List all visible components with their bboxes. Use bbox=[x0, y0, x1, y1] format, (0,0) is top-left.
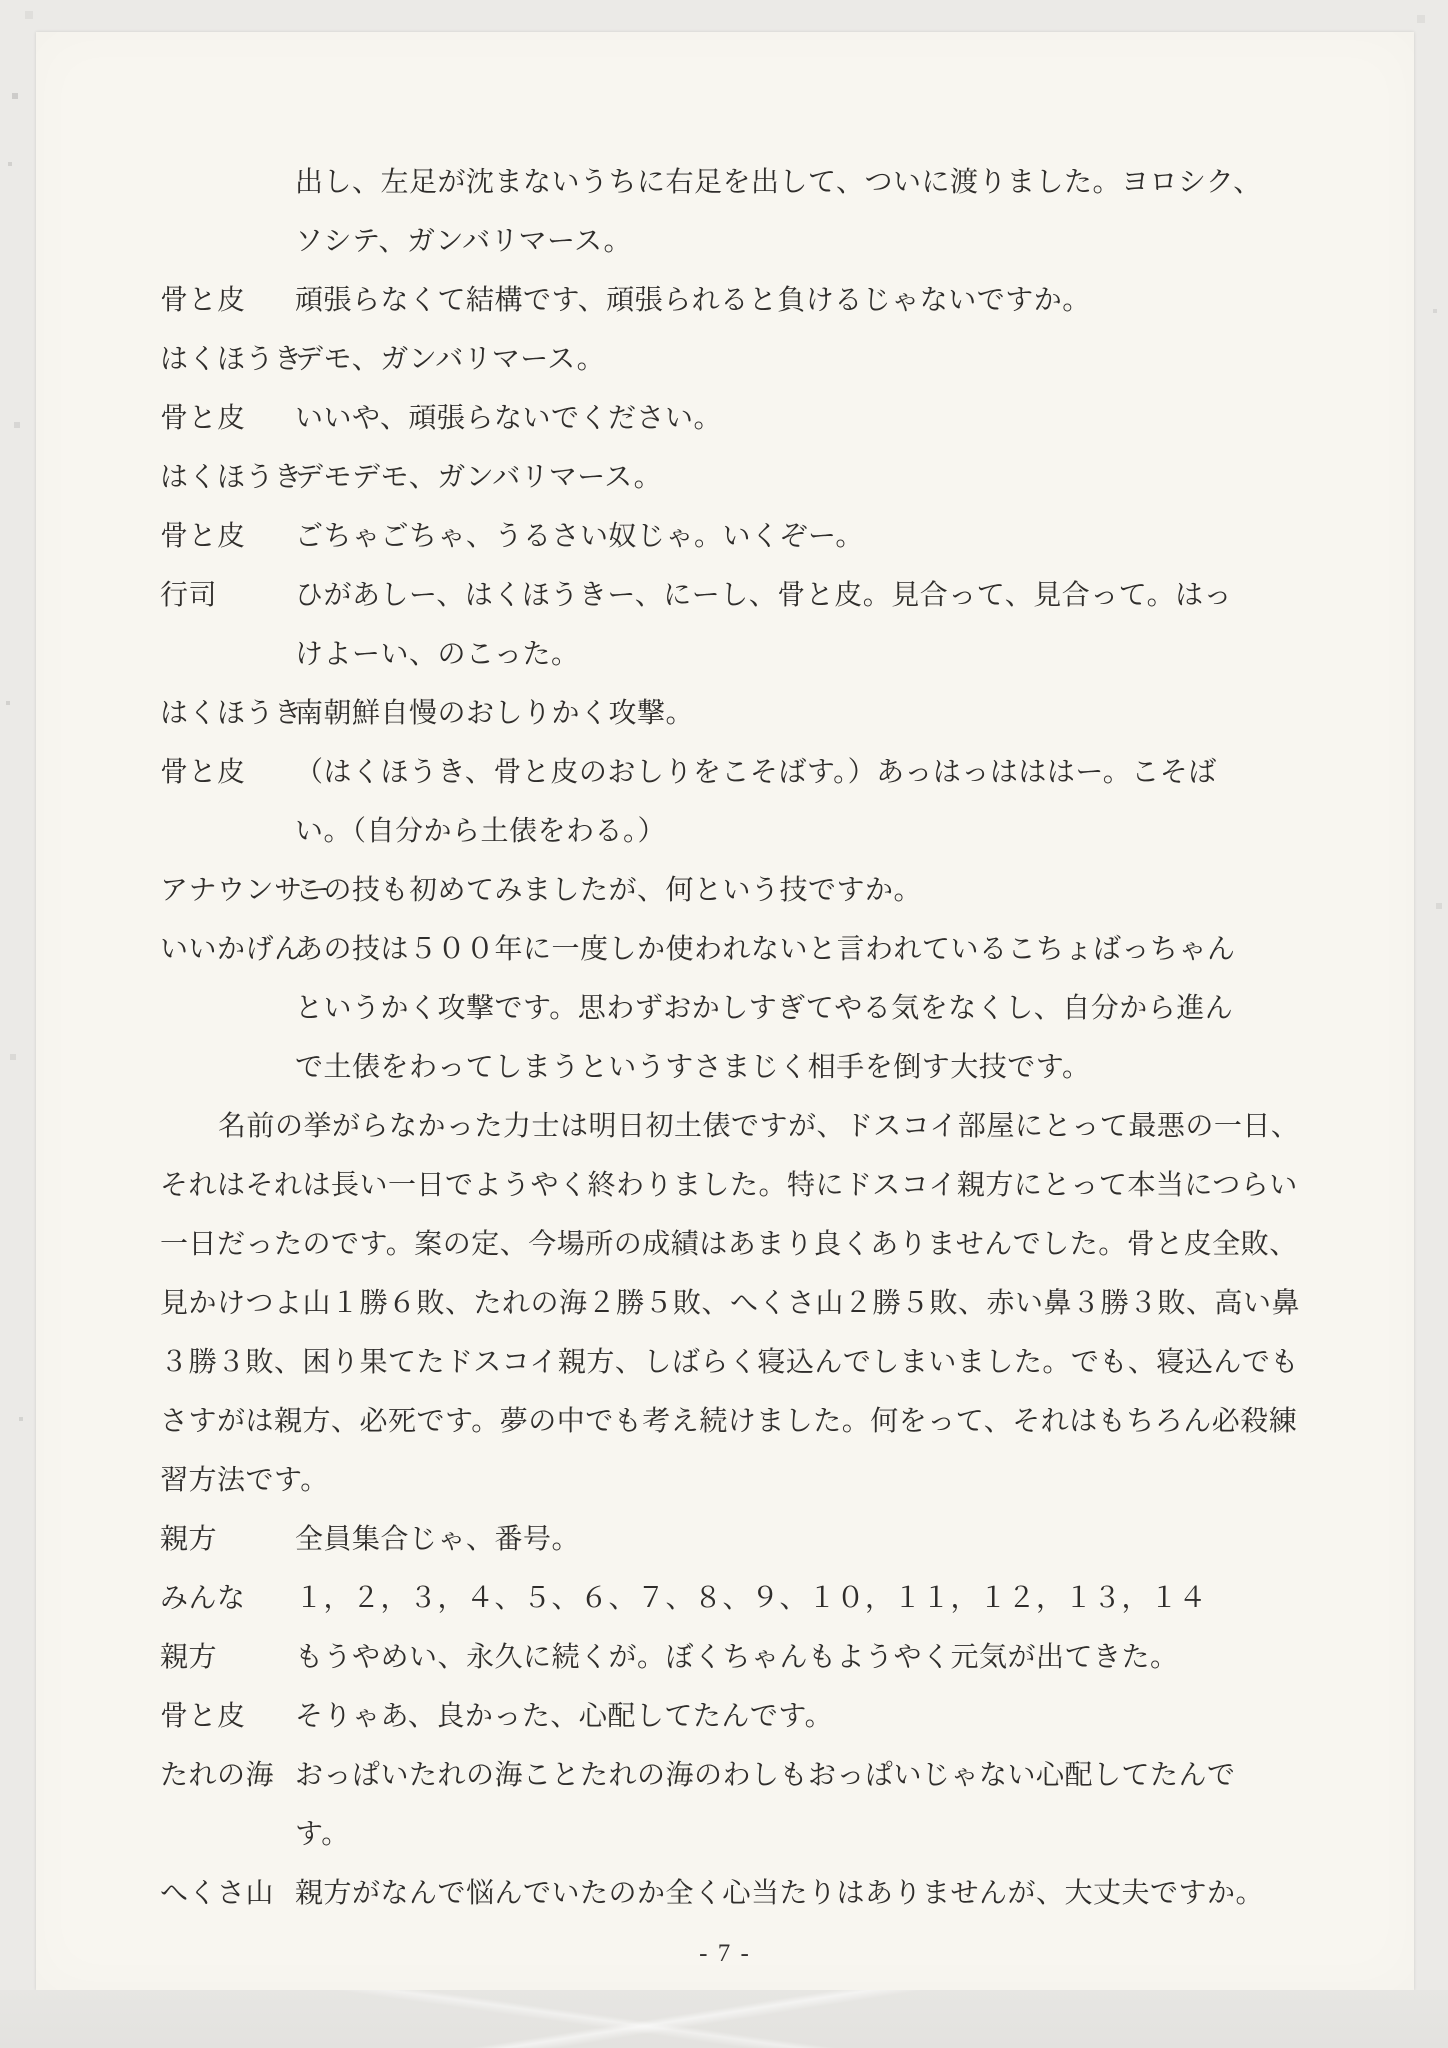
narration-line: 一日だったのです。案の定、今場所の成績はあまり良くありませんでした。骨と皮全敗、 bbox=[160, 1215, 1296, 1274]
narration-line: さすがは親方、必死です。夢の中でも考え続けました。何をって、それはもちろん必殺練 bbox=[160, 1392, 1296, 1451]
speaker-label: 骨と皮 bbox=[160, 743, 295, 861]
dialogue-line: いいや、頑張らないでください。 bbox=[295, 389, 1296, 448]
narration-line: 習方法です。 bbox=[160, 1451, 1296, 1510]
dialogue-line: で土俵をわってしまうというすさまじく相手を倒す大技です。 bbox=[295, 1038, 1296, 1097]
dialogue-line: デモデモ、ガンバリマース。 bbox=[295, 448, 1296, 507]
dialogue-line: 全員集合じゃ、番号。 bbox=[295, 1510, 1296, 1569]
dialogue-block: はくほうき南朝鮮自慢のおしりかく攻撃。 bbox=[160, 684, 1296, 743]
speaker-label: 親方 bbox=[160, 1510, 295, 1569]
speech-lines: ひがあしー、はくほうきー、にーし、骨と皮。見合って、見合って。はっけよーい、のこ… bbox=[295, 566, 1296, 684]
speaker-label: 親方 bbox=[160, 1628, 295, 1687]
dialogue-block: へくさ山親方がなんで悩んでいたのか全く心当たりはありませんが、大丈夫ですか。 bbox=[160, 1864, 1296, 1923]
dialogue-block: 骨と皮頑張らなくて結構です、頑張られると負けるじゃないですか。 bbox=[160, 271, 1296, 330]
speaker-label: 骨と皮 bbox=[160, 389, 295, 448]
dialogue-block: 行司ひがあしー、はくほうきー、にーし、骨と皮。見合って、見合って。はっけよーい、… bbox=[160, 566, 1296, 684]
dialogue-block: 骨と皮ごちゃごちゃ、うるさい奴じゃ。いくぞー。 bbox=[160, 507, 1296, 566]
speaker-label: いいかげん bbox=[160, 920, 295, 1097]
dialogue-block: 骨と皮いいや、頑張らないでください。 bbox=[160, 389, 1296, 448]
dialogue-block: いいかげんあの技は５００年に一度しか使われないと言われているこちょばっちゃんとい… bbox=[160, 920, 1296, 1097]
speech-lines: あの技は５００年に一度しか使われないと言われているこちょばっちゃんというかく攻撃… bbox=[295, 920, 1296, 1097]
dialogue-line: デモ、ガンバリマース。 bbox=[295, 330, 1296, 389]
speech-lines: 南朝鮮自慢のおしりかく攻撃。 bbox=[295, 684, 1296, 743]
speech-lines: （はくほうき、骨と皮のおしりをこそばす。）あっはっはははー。こそばい。（自分から… bbox=[295, 743, 1296, 861]
speaker-label: 骨と皮 bbox=[160, 271, 295, 330]
dialogue-block: はくほうきデモ、ガンバリマース。 bbox=[160, 330, 1296, 389]
dialogue-line: い。（自分から土俵をわる。） bbox=[295, 802, 1296, 861]
speech-lines: デモ、ガンバリマース。 bbox=[295, 330, 1296, 389]
dialogue-line: おっぱいたれの海ことたれの海のわしもおっぱいじゃない心配してたんで bbox=[295, 1746, 1296, 1805]
dialogue-line: 出し、左足が沈まないうちに右足を出して、ついに渡りました。ヨロシク、 bbox=[295, 153, 1296, 212]
dialogue-line: （はくほうき、骨と皮のおしりをこそばす。）あっはっはははー。こそば bbox=[295, 743, 1296, 802]
dialogue-block: アナウンサーこの技も初めてみましたが、何という技ですか。 bbox=[160, 861, 1296, 920]
speech-lines: この技も初めてみましたが、何という技ですか。 bbox=[295, 861, 1296, 920]
speech-lines: もうやめい、永久に続くが。ぼくちゃんもようやく元気が出てきた。 bbox=[295, 1628, 1296, 1687]
dialogue-line: というかく攻撃です。思わずおかしすぎてやる気をなくし、自分から進ん bbox=[295, 979, 1296, 1038]
speaker-label: たれの海 bbox=[160, 1746, 295, 1864]
dialogue-line: 頑張らなくて結構です、頑張られると負けるじゃないですか。 bbox=[295, 271, 1296, 330]
dialogue-line: 親方がなんで悩んでいたのか全く心当たりはありませんが、大丈夫ですか。 bbox=[295, 1864, 1296, 1923]
dialogue-line: １，２，３，４、５、６、７、８、９、１０，１１，１２，１３，１４ bbox=[295, 1569, 1296, 1628]
speech-lines: １，２，３，４、５、６、７、８、９、１０，１１，１２，１３，１４ bbox=[295, 1569, 1296, 1628]
speaker-label bbox=[160, 153, 295, 271]
speaker-label: はくほうき bbox=[160, 330, 295, 389]
speech-lines: いいや、頑張らないでください。 bbox=[295, 389, 1296, 448]
dialogue-line: 南朝鮮自慢のおしりかく攻撃。 bbox=[295, 684, 1296, 743]
speaker-label: はくほうき bbox=[160, 448, 295, 507]
dialogue-block: たれの海おっぱいたれの海ことたれの海のわしもおっぱいじゃない心配してたんです。 bbox=[160, 1746, 1296, 1864]
narration-line: それはそれは長い一日でようやく終わりました。特にドスコイ親方にとって本当につらい bbox=[160, 1156, 1296, 1215]
script-body: 出し、左足が沈まないうちに右足を出して、ついに渡りました。ヨロシク、ソシテ、ガン… bbox=[160, 153, 1296, 1923]
speaker-label: アナウンサー bbox=[160, 861, 295, 920]
dialogue-line: あの技は５００年に一度しか使われないと言われているこちょばっちゃん bbox=[295, 920, 1296, 979]
dialogue-block: はくほうきデモデモ、ガンバリマース。 bbox=[160, 448, 1296, 507]
dialogue-line: ごちゃごちゃ、うるさい奴じゃ。いくぞー。 bbox=[295, 507, 1296, 566]
scanner-bed-edge bbox=[0, 1990, 1448, 2048]
dialogue-block: みんな１，２，３，４、５、６、７、８、９、１０，１１，１２，１３，１４ bbox=[160, 1569, 1296, 1628]
scan-noise bbox=[0, 0, 2, 2]
speaker-label: みんな bbox=[160, 1569, 295, 1628]
dialogue-block: 出し、左足が沈まないうちに右足を出して、ついに渡りました。ヨロシク、ソシテ、ガン… bbox=[160, 153, 1296, 271]
speech-lines: 親方がなんで悩んでいたのか全く心当たりはありませんが、大丈夫ですか。 bbox=[295, 1864, 1296, 1923]
dialogue-line: けよーい、のこった。 bbox=[295, 625, 1296, 684]
speech-lines: そりゃあ、良かった、心配してたんです。 bbox=[295, 1687, 1296, 1746]
speech-lines: デモデモ、ガンバリマース。 bbox=[295, 448, 1296, 507]
narration-line: 名前の挙がらなかった力士は明日初土俵ですが、ドスコイ部屋にとって最悪の一日、 bbox=[160, 1097, 1296, 1156]
dialogue-line: ひがあしー、はくほうきー、にーし、骨と皮。見合って、見合って。はっ bbox=[295, 566, 1296, 625]
speech-lines: 全員集合じゃ、番号。 bbox=[295, 1510, 1296, 1569]
speech-lines: 出し、左足が沈まないうちに右足を出して、ついに渡りました。ヨロシク、ソシテ、ガン… bbox=[295, 153, 1296, 271]
dialogue-block: 親方もうやめい、永久に続くが。ぼくちゃんもようやく元気が出てきた。 bbox=[160, 1628, 1296, 1687]
speech-lines: ごちゃごちゃ、うるさい奴じゃ。いくぞー。 bbox=[295, 507, 1296, 566]
dialogue-line: す。 bbox=[295, 1805, 1296, 1864]
narration-line: ３勝３敗、困り果てたドスコイ親方、しばらく寝込んでしまいました。でも、寝込んでも bbox=[160, 1333, 1296, 1392]
dialogue-line: もうやめい、永久に続くが。ぼくちゃんもようやく元気が出てきた。 bbox=[295, 1628, 1296, 1687]
narration-block: 名前の挙がらなかった力士は明日初土俵ですが、ドスコイ部屋にとって最悪の一日、それ… bbox=[160, 1097, 1296, 1510]
speech-lines: 頑張らなくて結構です、頑張られると負けるじゃないですか。 bbox=[295, 271, 1296, 330]
dialogue-block: 骨と皮（はくほうき、骨と皮のおしりをこそばす。）あっはっはははー。こそばい。（自… bbox=[160, 743, 1296, 861]
dialogue-line: ソシテ、ガンバリマース。 bbox=[295, 212, 1296, 271]
speech-lines: おっぱいたれの海ことたれの海のわしもおっぱいじゃない心配してたんです。 bbox=[295, 1746, 1296, 1864]
speaker-label: 骨と皮 bbox=[160, 507, 295, 566]
dialogue-block: 骨と皮そりゃあ、良かった、心配してたんです。 bbox=[160, 1687, 1296, 1746]
dialogue-line: そりゃあ、良かった、心配してたんです。 bbox=[295, 1687, 1296, 1746]
speaker-label: 行司 bbox=[160, 566, 295, 684]
dialogue-line: この技も初めてみましたが、何という技ですか。 bbox=[295, 861, 1296, 920]
speaker-label: 骨と皮 bbox=[160, 1687, 295, 1746]
scanned-page: 出し、左足が沈まないうちに右足を出して、ついに渡りました。ヨロシク、ソシテ、ガン… bbox=[36, 32, 1414, 1990]
dialogue-block: 親方全員集合じゃ、番号。 bbox=[160, 1510, 1296, 1569]
narration-line: 見かけつよ山１勝６敗、たれの海２勝５敗、へくさ山２勝５敗、赤い鼻３勝３敗、高い鼻 bbox=[160, 1274, 1296, 1333]
speaker-label: はくほうき bbox=[160, 684, 295, 743]
page-number: - 7 - bbox=[36, 1940, 1414, 1968]
speaker-label: へくさ山 bbox=[160, 1864, 295, 1923]
speech-lines: 名前の挙がらなかった力士は明日初土俵ですが、ドスコイ部屋にとって最悪の一日、それ… bbox=[160, 1097, 1296, 1510]
